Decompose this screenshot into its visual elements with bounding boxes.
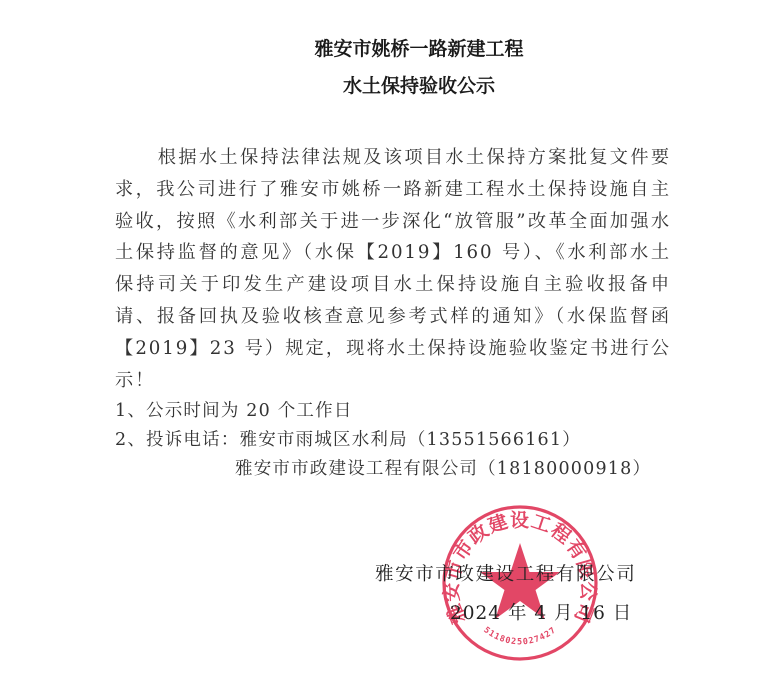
signature-company: 雅安市市政建设工程有限公司: [375, 560, 636, 586]
list-item-duration: 1、公示时间为 20 个工作日: [115, 397, 651, 426]
list-item-complaint-phone-2: 雅安市市政建设工程有限公司（18180000918）: [115, 455, 651, 484]
svg-text:5118025027427: 5118025027427: [481, 625, 558, 647]
notice-list: 1、公示时间为 20 个工作日 2、投诉电话：雅安市雨城区水利局（1355156…: [115, 397, 651, 484]
body-paragraph: 根据水土保持法律法规及该项目水土保持方案批复文件要求，我公司进行了雅安市姚桥一路…: [115, 142, 671, 396]
seal-serial: 5118025027427: [481, 625, 558, 647]
document-title: 雅安市姚桥一路新建工程: [0, 34, 781, 61]
list-item-complaint-phone-1: 2、投诉电话：雅安市雨城区水利局（13551566161）: [115, 426, 651, 455]
signature-date: 2024 年 4 月 16 日: [450, 599, 632, 625]
document-subtitle: 水土保持验收公示: [0, 71, 781, 98]
